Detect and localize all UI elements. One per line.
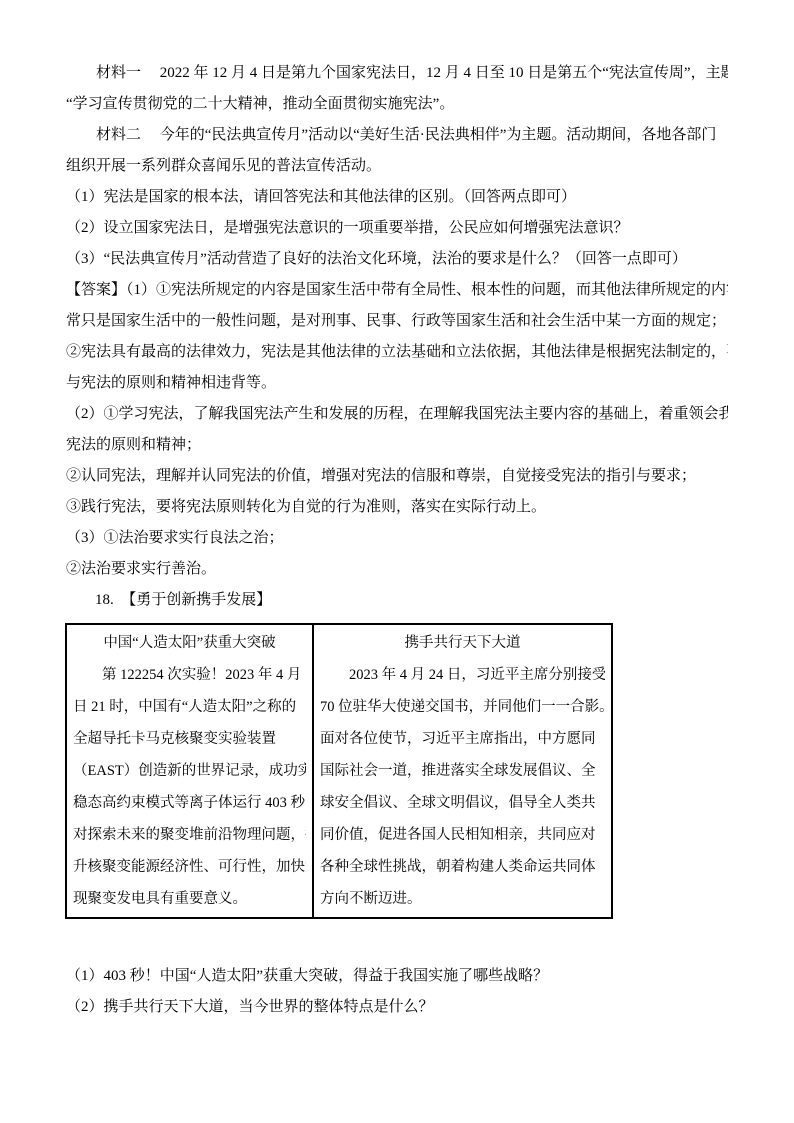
body-text-line: 与宪法的原则和精神相违背等。 bbox=[66, 368, 728, 399]
body-text-line: （2）①学习宪法，了解我国宪法产生和发展的历程，在理解我国宪法主要内容的基础上，… bbox=[66, 399, 728, 430]
body-text-line: （3）①法治要求实行良法之治； bbox=[66, 523, 728, 554]
right-news-line: 方向不断迈进。 bbox=[320, 883, 605, 915]
body-text-line: ③践行宪法，要将宪法原则转化为自觉的行为准则，落实在实际行动上。 bbox=[66, 492, 728, 523]
news-comparison-table: 中国“人造太阳”获重大突破 第 122254 次实验！2023 年 4 月 12… bbox=[65, 623, 613, 919]
document-page: 材料一 2022 年 12 月 4 日是第九个国家宪法日，12 月 4 日至 1… bbox=[0, 0, 794, 1123]
right-news-body: 2023 年 4 月 24 日，习近平主席分别接受70 位驻华大使递交国书，并同… bbox=[320, 659, 605, 915]
question-18-heading: 18. 【勇于创新携手发展】 bbox=[66, 585, 728, 616]
body-text-line: 组织开展一系列群众喜闻乐见的普法宣传活动。 bbox=[66, 151, 728, 182]
left-news-line: 稳态高约束模式等离子体运行 403 秒， bbox=[73, 787, 306, 819]
body-text-line: （2）设立国家宪法日，是增强宪法意识的一项重要举措，公民应如何增强宪法意识？ bbox=[66, 213, 728, 244]
right-news-line: 同价值，促进各国人民相知相亲，共同应对 bbox=[320, 819, 605, 851]
left-news-line: 现聚变发电具有重要意义。 bbox=[73, 883, 306, 915]
body-text-line: 【答案】（1）①宪法所规定的内容是国家生活中带有全局性、根本性的问题，而其他法律… bbox=[66, 275, 728, 306]
body-text-line: 宪法的原则和精神； bbox=[66, 430, 728, 461]
body-text-line: ②宪法具有最高的法律效力，宪法是其他法律的立法基础和立法依据，其他法律是根据宪法… bbox=[66, 337, 728, 368]
body-text-line: 材料一 2022 年 12 月 4 日是第九个国家宪法日，12 月 4 日至 1… bbox=[66, 58, 728, 89]
left-news-line: （EAST）创造新的世界记录，成功实现 bbox=[73, 755, 306, 787]
right-news-line: 国际社会一道，推进落实全球发展倡议、全 bbox=[320, 755, 605, 787]
question-18-subquestions: （1）403 秒！中国“人造太阳”获重大突破，得益于我国实施了哪些战略？（2）携… bbox=[66, 961, 728, 1023]
body-text-line: （1）宪法是国家的根本法，请回答宪法和其他法律的区别。（回答两点即可） bbox=[66, 182, 728, 213]
body-text-line: ②法治要求实行善治。 bbox=[66, 554, 728, 585]
sub-question-line: （2）携手共行天下大道，当今世界的整体特点是什么？ bbox=[66, 992, 728, 1023]
left-news-line: 全超导托卡马克核聚变实验装置 bbox=[73, 723, 306, 755]
left-news-line: 升核聚变能源经济性、可行性，加快实 bbox=[73, 851, 306, 883]
body-text-block: 材料一 2022 年 12 月 4 日是第九个国家宪法日，12 月 4 日至 1… bbox=[66, 58, 728, 585]
page-content: 材料一 2022 年 12 月 4 日是第九个国家宪法日，12 月 4 日至 1… bbox=[66, 58, 728, 1023]
left-news-line: 日 21 时，中国有“人造太阳”之称的 bbox=[73, 691, 306, 723]
right-news-line: 面对各位使节，习近平主席指出，中方愿同 bbox=[320, 723, 605, 755]
body-text-line: “学习宣传贯彻党的二十大精神，推动全面贯彻实施宪法”。 bbox=[66, 89, 728, 120]
left-news-title: 中国“人造太阳”获重大突破 bbox=[73, 627, 306, 659]
right-news-title: 携手共行天下大道 bbox=[320, 627, 605, 659]
left-news-line: 对探索未来的聚变堆前沿物理问题，提 bbox=[73, 819, 306, 851]
right-news-line: 70 位驻华大使递交国书，并同他们一一合影。 bbox=[320, 691, 605, 723]
table-cell-right-news: 携手共行天下大道 2023 年 4 月 24 日，习近平主席分别接受70 位驻华… bbox=[314, 625, 611, 917]
right-news-line: 2023 年 4 月 24 日，习近平主席分别接受 bbox=[320, 659, 605, 691]
right-news-line: 球安全倡议、全球文明倡议，倡导全人类共 bbox=[320, 787, 605, 819]
right-news-line: 各种全球性挑战，朝着构建人类命运共同体 bbox=[320, 851, 605, 883]
body-text-line: ②认同宪法，理解并认同宪法的价值，增强对宪法的信服和尊崇，自觉接受宪法的指引与要… bbox=[66, 461, 728, 492]
table-cell-left-news: 中国“人造太阳”获重大突破 第 122254 次实验！2023 年 4 月 12… bbox=[67, 625, 314, 917]
left-news-line: 第 122254 次实验！2023 年 4 月 12 bbox=[73, 659, 306, 691]
body-text-line: 材料二 今年的“民法典宣传月”活动以“美好生活·民法典相伴”为主题。活动期间，各… bbox=[66, 120, 728, 151]
left-news-body: 第 122254 次实验！2023 年 4 月 12日 21 时，中国有“人造太… bbox=[73, 659, 306, 915]
sub-question-line: （1）403 秒！中国“人造太阳”获重大突破，得益于我国实施了哪些战略？ bbox=[66, 961, 728, 992]
body-text-line: （3）“民法典宣传月”活动营造了良好的法治文化环境，法治的要求是什么？（回答一点… bbox=[66, 244, 728, 275]
body-text-line: 常只是国家生活中的一般性问题，是对刑事、民事、行政等国家生活和社会生活中某一方面… bbox=[66, 306, 728, 337]
